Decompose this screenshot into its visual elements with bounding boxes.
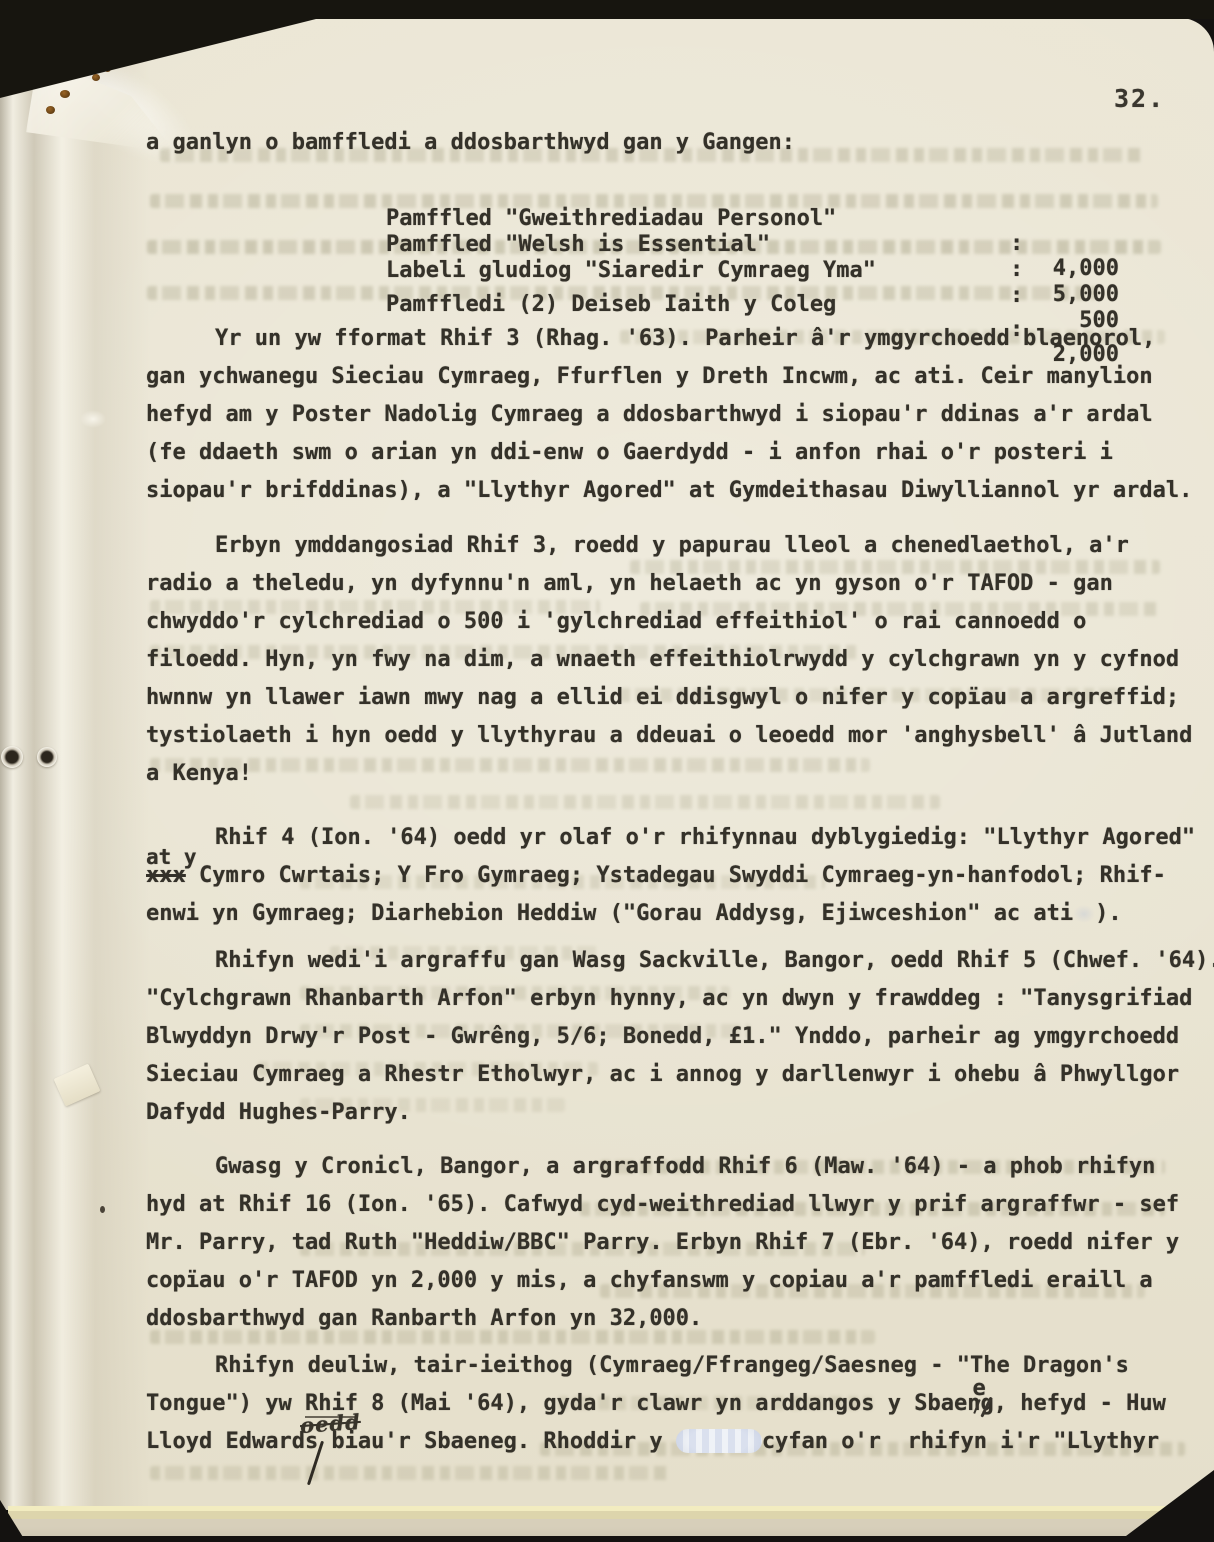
row-separator: : bbox=[1010, 231, 1023, 256]
typed-line: hefyd am y Poster Nadolig Cymraeg a ddos… bbox=[146, 402, 1153, 427]
row-separator: : bbox=[1010, 257, 1023, 282]
underlying-page-edge bbox=[8, 1506, 1198, 1536]
typed-line: Lloyd Edwards biau'r Sbaeneg. Rhoddir y … bbox=[146, 1429, 1159, 1454]
typed-line: copïau o'r TAFOD yn 2,000 y mis, a chyfa… bbox=[146, 1268, 1153, 1293]
white-smudge bbox=[80, 410, 106, 428]
intro-line: a ganlyn o bamffledi a ddosbarthwyd gan … bbox=[146, 130, 795, 155]
underlined-word: Rhifoedd bbox=[305, 1391, 358, 1418]
typed-line: Gwasg y Cronicl, Bangor, a argraffodd Rh… bbox=[215, 1154, 1155, 1179]
typed-line: a Kenya! bbox=[146, 761, 252, 786]
binding-fold-shadow bbox=[0, 18, 150, 1510]
typed-line: filoedd. Hyn, yn fwy na dim, a wnaeth ef… bbox=[146, 647, 1179, 672]
typed-line: siopau'r brifddinas), a "Llythyr Agored"… bbox=[146, 478, 1192, 503]
scanned-document: 32. a ganlyn o bamffledi a ddosbarthwyd … bbox=[0, 0, 1214, 1542]
typed-line: chwyddo'r cylchrediad o 500 i 'gylchredi… bbox=[146, 609, 1086, 634]
typed-line: gan ychwanegu Sieciau Cymraeg, Ffurflen … bbox=[146, 364, 1153, 389]
staple-hole bbox=[37, 747, 57, 767]
tape-fragment bbox=[54, 1064, 101, 1107]
rust-stain bbox=[60, 90, 70, 98]
typed-line: xxx Cymro Cwrtais; Y Fro Gymraeg; Ystade… bbox=[146, 863, 1166, 888]
typed-line: Sieciau Cymraeg a Rhestr Etholwyr, ac i … bbox=[146, 1062, 1179, 1087]
typed-line: tystiolaeth i hyn oedd y llythyrau a dde… bbox=[146, 723, 1192, 748]
row-separator: : bbox=[1010, 283, 1023, 308]
typed-line: Rhif 4 (Ion. '64) oedd yr olaf o'r rhify… bbox=[215, 825, 1195, 850]
typed-line: hwnnw yn llawer iawn mwy nag a ellid ei … bbox=[146, 685, 1179, 710]
typed-line: Dafydd Hughes-Parry. bbox=[146, 1100, 411, 1125]
typed-line: ddosbarthwyd gan Ranbarth Arfon yn 32,00… bbox=[146, 1306, 702, 1331]
typed-line: Rhifyn wedi'i argraffu gan Wasg Sackvill… bbox=[215, 948, 1214, 973]
row-value: 4,000 bbox=[1029, 256, 1119, 281]
typed-line: enwi yn Gymraeg; Diarhebion Heddiw ("Gor… bbox=[146, 901, 1122, 926]
rust-stain bbox=[92, 74, 100, 81]
erasure-smudge bbox=[1073, 905, 1095, 923]
row-value: 5,000 bbox=[1029, 282, 1119, 307]
scanner-edge-top bbox=[0, 0, 1214, 19]
typed-line: hyd at Rhif 16 (Ion. '65). Cafwyd cyd-we… bbox=[146, 1192, 1179, 1217]
typed-line: Erbyn ymddangosiad Rhif 3, roedd y papur… bbox=[215, 533, 1129, 558]
typed-line: Rhifyn deuliw, tair-ieithog (Cymraeg/Ffr… bbox=[215, 1353, 1129, 1378]
typed-line: "Cylchgrawn Rhanbarth Arfon" erbyn hynny… bbox=[146, 986, 1192, 1011]
typed-line: Blwyddyn Drwy'r Post - Gwrêng, 5/6; Bone… bbox=[146, 1024, 1179, 1049]
row-label: Pamffledi (2) Deiseb Iaith y Coleg bbox=[386, 292, 836, 317]
staple-hole bbox=[1, 746, 23, 768]
typed-line: Yr un yw fformat Rhif 3 (Rhag. '63). Par… bbox=[215, 326, 1155, 351]
typed-line: Tongue") yw Rhifoedd 8 (Mai '64), gyda'r… bbox=[146, 1391, 1166, 1418]
document-page: 32. a ganlyn o bamffledi a ddosbarthwyd … bbox=[0, 18, 1214, 1510]
ink-fleck bbox=[100, 1206, 105, 1213]
strikethrough-text: xxx bbox=[146, 863, 186, 888]
typed-line: (fe ddaeth swm o arian yn ddi-enw o Gaer… bbox=[146, 440, 1113, 465]
typed-line: radio a theledu, yn dyfynnu'n aml, yn he… bbox=[146, 571, 1113, 596]
whiteout-mark bbox=[676, 1429, 762, 1453]
page-number: 32. bbox=[1114, 84, 1165, 113]
rust-stain bbox=[46, 106, 55, 114]
typed-line: Mr. Parry, tad Ruth "Heddiw/BBC" Parry. … bbox=[146, 1230, 1179, 1255]
